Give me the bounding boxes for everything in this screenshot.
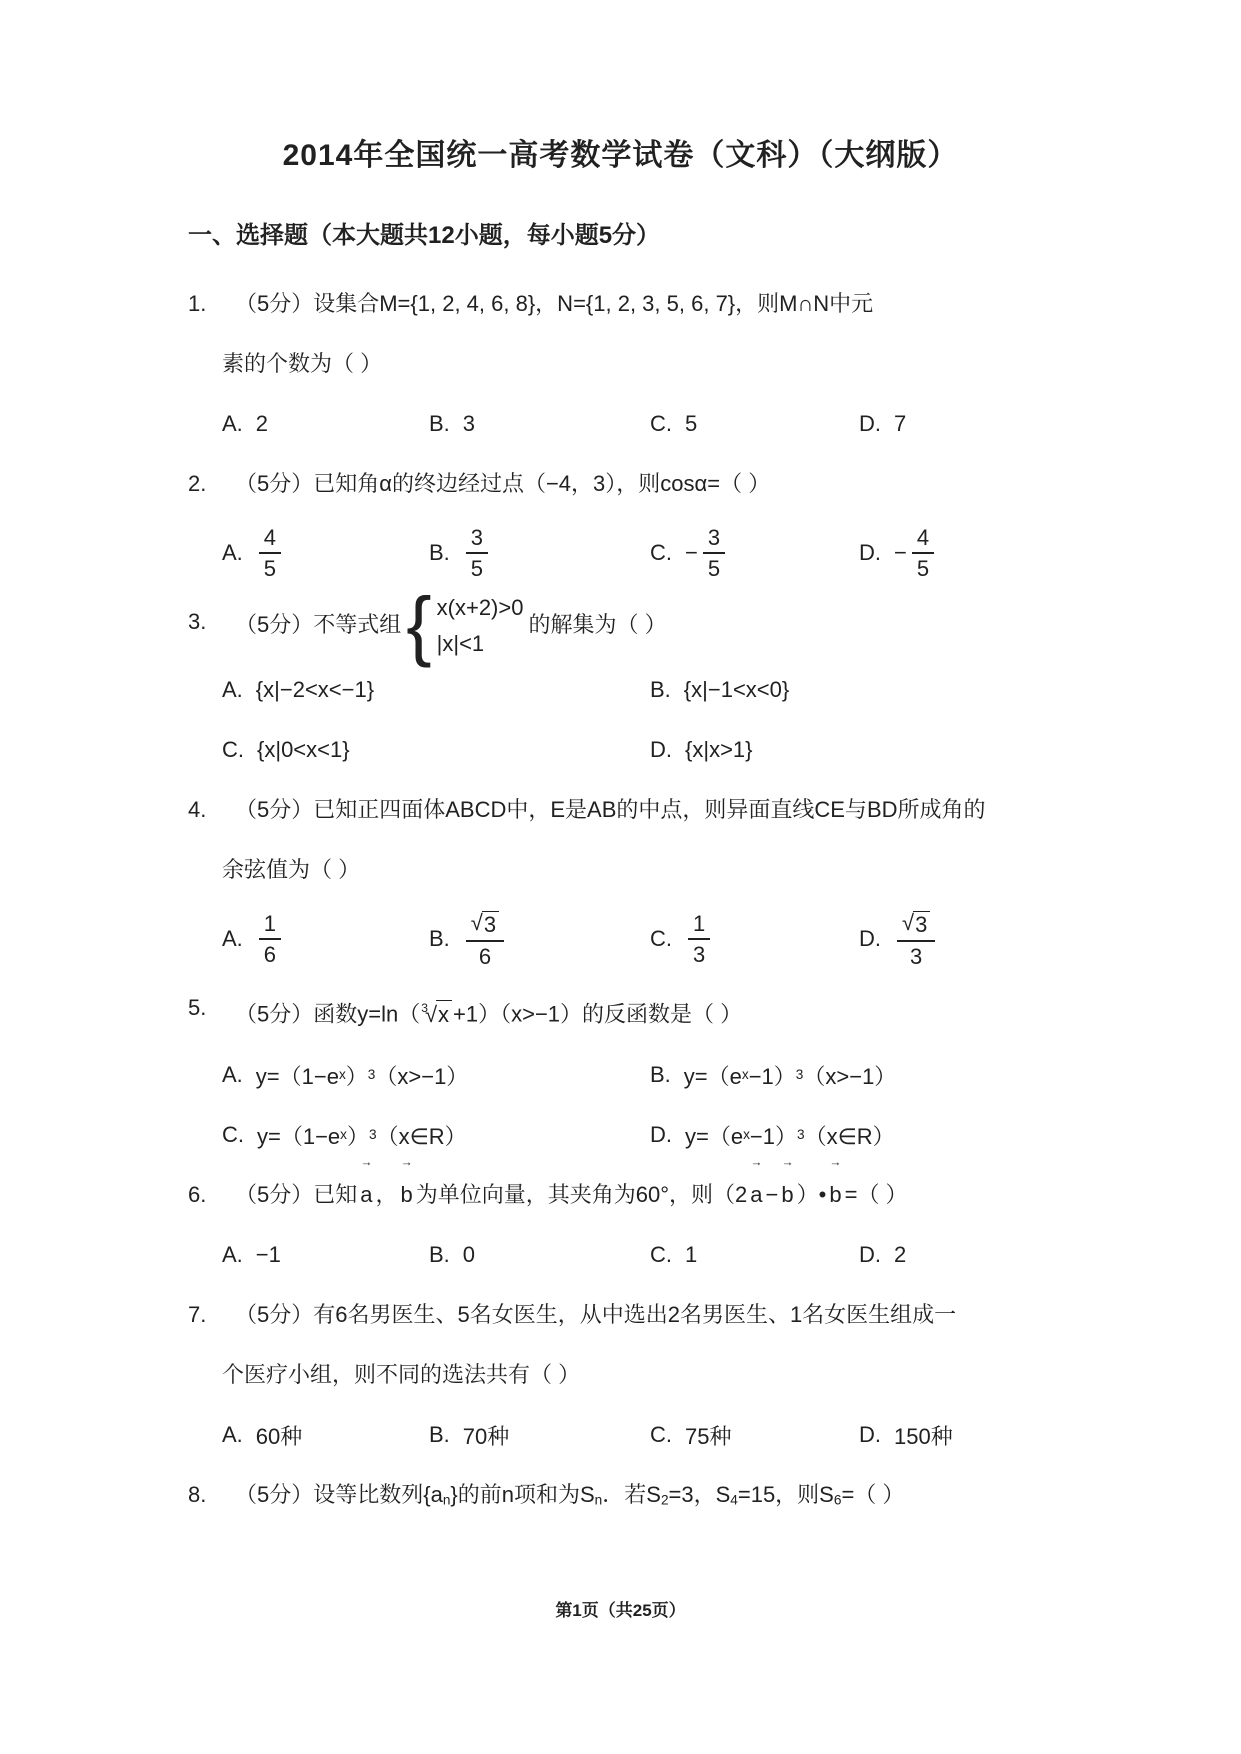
question-text: （5分）设等比数列{an}的前n项和为Sn．若S2=3，S4=15，则S6=（ … (222, 1465, 1088, 1525)
denominator: 5 (912, 554, 934, 581)
text: （5分）设等比数列{a (235, 1482, 443, 1507)
option-label: C. (650, 1242, 672, 1268)
text: −1 (256, 1242, 281, 1268)
text: −1） (750, 1120, 797, 1151)
question-1-option-d: D.7 (859, 394, 1088, 454)
sqrt-expression: √3 (902, 911, 930, 937)
question-5-option-b: B.y=（ex−1） 3 （x>−1） (650, 1045, 1088, 1105)
vector-b: b→ (401, 1165, 413, 1225)
page-title: 2014年全国统一高考数学试卷（文科）（大纲版） (0, 0, 1241, 174)
question-3-options: A.{x|−2<x<−1}B.{x|−1<x<0}C.{x|0<x<1}D.{x… (222, 660, 1088, 780)
numerator: √3 (897, 910, 935, 942)
question-7-line-2: 个医疗小组，则不同的选法共有（ ） (222, 1345, 1088, 1405)
question-8: 8.（5分）设等比数列{an}的前n项和为Sn．若S2=3，S4=15，则S6=… (188, 1465, 1088, 1525)
questions-list: 1.（5分）设集合M={1, 2, 4, 6, 8}，N={1, 2, 3, 5… (0, 274, 1241, 1525)
question-1-line-1: （5分）设集合M={1, 2, 4, 6, 8}，N={1, 2, 3, 5, … (222, 274, 1088, 334)
text: }的前n项和为S (450, 1482, 594, 1507)
text: {x|x>1} (685, 737, 753, 763)
text: （5分）不等式组 (235, 612, 401, 637)
question-text: （5分）不等式组{x(x+2)>0|x|<1的解集为（ ） (222, 592, 1088, 660)
question-7: 7.（5分）有6名男医生、5名女医生，从中选出2名男医生、1名女医生组成一个医疗… (188, 1285, 1088, 1465)
fraction: 35 (466, 525, 488, 581)
text: y=（e (684, 1060, 742, 1091)
vector-arrow-icon: → (360, 1156, 372, 1168)
text: 3 (463, 411, 475, 437)
question-text: （5分）已知a→，b→为单位向量，其夹角为60°，则（2a→−b→）•b→=（ … (222, 1165, 1088, 1225)
question-number: 6. (188, 1165, 206, 1225)
question-3: 3.（5分）不等式组{x(x+2)>0|x|<1的解集为（ ）A.{x|−2<x… (188, 592, 1088, 780)
option-label: B. (429, 926, 450, 952)
question-text: （5分）有6名男医生、5名女医生，从中选出2名男医生、1名女医生组成一个医疗小组… (222, 1285, 1088, 1405)
text: （5分）函数y=ln（ (235, 1002, 420, 1027)
exam-page: 2014年全国统一高考数学试卷（文科）（大纲版） 一、选择题（本大题共12小题，… (0, 0, 1241, 1754)
question-5-option-a: A.y=（1−ex） 3 （x>−1） (222, 1045, 650, 1105)
text: 的解集为（ ） (528, 612, 666, 637)
denominator: 6 (259, 940, 281, 967)
numerator: 3 (703, 525, 725, 554)
option-label: D. (650, 737, 672, 763)
option-label: B. (429, 411, 450, 437)
text: ） (346, 1060, 368, 1091)
question-3-option-d: D.{x|x>1} (650, 720, 1088, 780)
question-2-option-a: A.45 (222, 514, 429, 592)
text: 素的个数为（ ） (222, 351, 382, 376)
question-number: 2. (188, 454, 206, 514)
fraction: √36 (466, 910, 504, 969)
text: −1） (749, 1060, 796, 1091)
vector-arrow-icon: → (781, 1156, 793, 1168)
text: y=（e (685, 1120, 743, 1151)
option-label: C. (650, 411, 672, 437)
option-label: C. (222, 1122, 244, 1148)
vector-b: b→ (781, 1165, 793, 1225)
question-2-line-1: （5分）已知角α的终边经过点（−4，3），则cosα=（ ） (222, 454, 1088, 514)
radicand: x (436, 1000, 452, 1027)
text: （x∈R） (805, 1120, 895, 1151)
numerator: √3 (466, 910, 504, 942)
option-label: C. (650, 926, 672, 952)
text: {x|0<x<1} (257, 737, 350, 763)
denominator: 6 (466, 942, 504, 969)
text: （x>−1） (375, 1060, 468, 1091)
text: （5分）已知角α的终边经过点（−4，3），则cosα=（ ） (235, 471, 770, 496)
question-number: 1. (188, 274, 206, 334)
question-4-option-d: D.√33 (859, 900, 1088, 978)
text: 个医疗小组，则不同的选法共有（ ） (222, 1362, 580, 1387)
option-label: C. (222, 737, 244, 763)
text: − (766, 1182, 779, 1207)
minus-sign: − (894, 540, 907, 566)
question-6-options: A.−1B.0C.1D.2 (222, 1225, 1088, 1285)
denominator: 5 (466, 554, 488, 581)
system-row: |x|<1 (437, 631, 524, 657)
question-4-line-1: （5分）已知正四面体ABCD中，E是AB的中点，则异面直线CE与BD所成角的 (222, 780, 1088, 840)
vector-a: a→ (750, 1165, 762, 1225)
option-label: A. (222, 540, 243, 566)
text: =3，S (669, 1482, 731, 1507)
text: =15，则S (738, 1482, 834, 1507)
cube-root-expression: 3√x (421, 978, 452, 1045)
text: +1）（x>−1）的反函数是（ ） (453, 1002, 742, 1027)
question-6-line-1: （5分）已知a→，b→为单位向量，其夹角为60°，则（2a→−b→）•b→=（ … (222, 1165, 1088, 1225)
question-6-option-d: D.2 (859, 1225, 1088, 1285)
question-5-option-c: C.y=（1−ex） 3 （x∈R） (222, 1105, 650, 1165)
text: 2 (894, 1242, 906, 1268)
question-1-options: A.2B.3C.5D.7 (222, 394, 1088, 454)
question-6: 6.（5分）已知a→，b→为单位向量，其夹角为60°，则（2a→−b→）•b→=… (188, 1165, 1088, 1285)
question-3-option-b: B.{x|−1<x<0} (650, 660, 1088, 720)
option-label: C. (650, 1422, 672, 1448)
numerator: 4 (259, 525, 281, 554)
radicand: 3 (913, 911, 930, 937)
system-rows: x(x+2)>0|x|<1 (437, 595, 524, 657)
option-label: C. (650, 540, 672, 566)
option-label: A. (222, 677, 243, 703)
option-label: D. (650, 1122, 672, 1148)
denominator: 3 (688, 940, 710, 967)
text: {x|−1<x<0} (684, 677, 789, 703)
text: （5分）已知 (235, 1182, 357, 1207)
text: 150种 (894, 1420, 953, 1451)
question-5-line-1: （5分）函数y=ln（3√x+1）（x>−1）的反函数是（ ） (222, 978, 1088, 1045)
numerator: 1 (688, 911, 710, 940)
fraction: 45 (912, 525, 934, 581)
section-heading: 一、选择题（本大题共12小题，每小题5分） (188, 218, 1241, 254)
question-1-option-a: A.2 (222, 394, 429, 454)
question-7-option-a: A.60种 (222, 1405, 429, 1465)
question-1: 1.（5分）设集合M={1, 2, 4, 6, 8}，N={1, 2, 3, 5… (188, 274, 1088, 454)
sqrt-expression: √3 (471, 911, 499, 937)
vector-arrow-icon: → (829, 1156, 841, 1168)
text: =（ ） (845, 1182, 908, 1207)
option-label: B. (429, 1242, 450, 1268)
question-number: 7. (188, 1285, 206, 1345)
question-1-option-c: C.5 (650, 394, 859, 454)
text: {x|−2<x<−1} (256, 677, 374, 703)
question-text: （5分）已知正四面体ABCD中，E是AB的中点，则异面直线CE与BD所成角的余弦… (222, 780, 1088, 900)
cube-root: 3√x (420, 978, 453, 1045)
question-text: （5分）已知角α的终边经过点（−4，3），则cosα=（ ） (222, 454, 1088, 514)
text: =（ ） (841, 1482, 904, 1507)
question-number: 3. (188, 592, 206, 652)
question-3-line-1: （5分）不等式组{x(x+2)>0|x|<1的解集为（ ） (222, 592, 1088, 660)
denominator: 5 (703, 554, 725, 581)
option-label: B. (429, 1422, 450, 1448)
option-label: D. (859, 411, 881, 437)
option-label: A. (222, 1242, 243, 1268)
question-7-options: A.60种B.70种C.75种D.150种 (222, 1405, 1088, 1465)
vector-b: b→ (829, 1165, 841, 1225)
question-6-option-a: A.−1 (222, 1225, 429, 1285)
question-7-line-1: （5分）有6名男医生、5名女医生，从中选出2名男医生、1名女医生组成一 (222, 1285, 1088, 1345)
fraction: √33 (897, 910, 935, 969)
text: （5分）已知正四面体ABCD中，E是AB的中点，则异面直线CE与BD所成角的 (235, 797, 986, 822)
question-2-option-d: D.−45 (859, 514, 1088, 592)
minus-sign: − (685, 540, 698, 566)
text: 70种 (463, 1420, 509, 1451)
question-5-options: A.y=（1−ex） 3 （x>−1）B.y=（ex−1） 3 （x>−1）C.… (222, 1045, 1088, 1165)
question-2-option-c: C.−35 (650, 514, 859, 592)
question-6-option-b: B.0 (429, 1225, 650, 1285)
option-label: B. (429, 540, 450, 566)
fraction: 13 (688, 911, 710, 967)
numerator: 4 (912, 525, 934, 554)
text: 2 (256, 411, 268, 437)
question-5: 5.（5分）函数y=ln（3√x+1）（x>−1）的反函数是（ ）A.y=（1−… (188, 978, 1088, 1165)
option-label: B. (650, 1062, 671, 1088)
question-5-option-d: D.y=（ex−1） 3 （x∈R） (650, 1105, 1088, 1165)
question-number: 8. (188, 1465, 206, 1525)
question-6-option-c: C.1 (650, 1225, 859, 1285)
question-3-option-a: A.{x|−2<x<−1} (222, 660, 650, 720)
question-3-option-c: C.{x|0<x<1} (222, 720, 650, 780)
text: 5 (685, 411, 697, 437)
inequality-system: {x(x+2)>0|x|<1 (406, 592, 523, 660)
option-label: A. (222, 411, 243, 437)
question-1-option-b: B.3 (429, 394, 650, 454)
question-7-option-d: D.150种 (859, 1405, 1088, 1465)
text: 60种 (256, 1420, 302, 1451)
option-label: A. (222, 1062, 243, 1088)
question-text: （5分）函数y=ln（3√x+1）（x>−1）的反函数是（ ） (222, 978, 1088, 1045)
text: y=（1−e (257, 1120, 340, 1151)
question-4-line-2: 余弦值为（ ） (222, 840, 1088, 900)
text: ．若S (602, 1482, 661, 1507)
text: ） (347, 1120, 369, 1151)
question-2: 2.（5分）已知角α的终边经过点（−4，3），则cosα=（ ）A.45B.35… (188, 454, 1088, 592)
subscript: 4 (730, 1493, 738, 1508)
option-label: A. (222, 926, 243, 952)
option-label: B. (650, 677, 671, 703)
question-4: 4.（5分）已知正四面体ABCD中，E是AB的中点，则异面直线CE与BD所成角的… (188, 780, 1088, 978)
fraction: 16 (259, 911, 281, 967)
text: （5分）有6名男医生、5名女医生，从中选出2名男医生、1名女医生组成一 (235, 1302, 956, 1327)
text: 为单位向量，其夹角为60°，则（2 (416, 1182, 748, 1207)
question-2-options: A.45B.35C.−35D.−45 (222, 514, 1088, 592)
left-brace: { (406, 591, 431, 661)
option-label: D. (859, 1242, 881, 1268)
question-8-line-1: （5分）设等比数列{an}的前n项和为Sn．若S2=3，S4=15，则S6=（ … (222, 1465, 1088, 1525)
text: （5分）设集合M={1, 2, 4, 6, 8}，N={1, 2, 3, 5, … (235, 291, 873, 316)
text: 1 (685, 1242, 697, 1268)
question-4-option-a: A.16 (222, 900, 429, 978)
subscript: 2 (661, 1493, 669, 1508)
question-text: （5分）设集合M={1, 2, 4, 6, 8}，N={1, 2, 3, 5, … (222, 274, 1088, 394)
radicand: 3 (482, 911, 499, 937)
question-number: 4. (188, 780, 206, 840)
question-7-option-b: B.70种 (429, 1405, 650, 1465)
vector-arrow-icon: → (750, 1156, 762, 1168)
option-label: D. (859, 926, 881, 952)
text: 0 (463, 1242, 475, 1268)
text: 75种 (685, 1420, 731, 1451)
option-label: D. (859, 1422, 881, 1448)
text: 余弦值为（ ） (222, 857, 360, 882)
option-label: A. (222, 1422, 243, 1448)
denominator: 3 (897, 942, 935, 969)
page-footer: 第1页（共25页） (0, 1596, 1241, 1621)
text: 7 (894, 411, 906, 437)
text: y=（1−e (256, 1060, 339, 1091)
text: （x∈R） (377, 1120, 467, 1151)
fraction: 35 (703, 525, 725, 581)
system-row: x(x+2)>0 (437, 595, 524, 621)
question-4-options: A.16B.√36C.13D.√33 (222, 900, 1088, 978)
question-4-option-b: B.√36 (429, 900, 650, 978)
text: （x>−1） (803, 1060, 896, 1091)
question-number: 5. (188, 978, 206, 1038)
question-1-line-2: 素的个数为（ ） (222, 334, 1088, 394)
fraction: 45 (259, 525, 281, 581)
option-label: D. (859, 540, 881, 566)
text: ， (376, 1182, 398, 1207)
question-4-option-c: C.13 (650, 900, 859, 978)
question-7-option-c: C.75种 (650, 1405, 859, 1465)
vector-arrow-icon: → (401, 1156, 413, 1168)
text: ）• (797, 1182, 827, 1207)
question-2-option-b: B.35 (429, 514, 650, 592)
numerator: 1 (259, 911, 281, 940)
vector-a: a→ (360, 1165, 372, 1225)
denominator: 5 (259, 554, 281, 581)
numerator: 3 (466, 525, 488, 554)
